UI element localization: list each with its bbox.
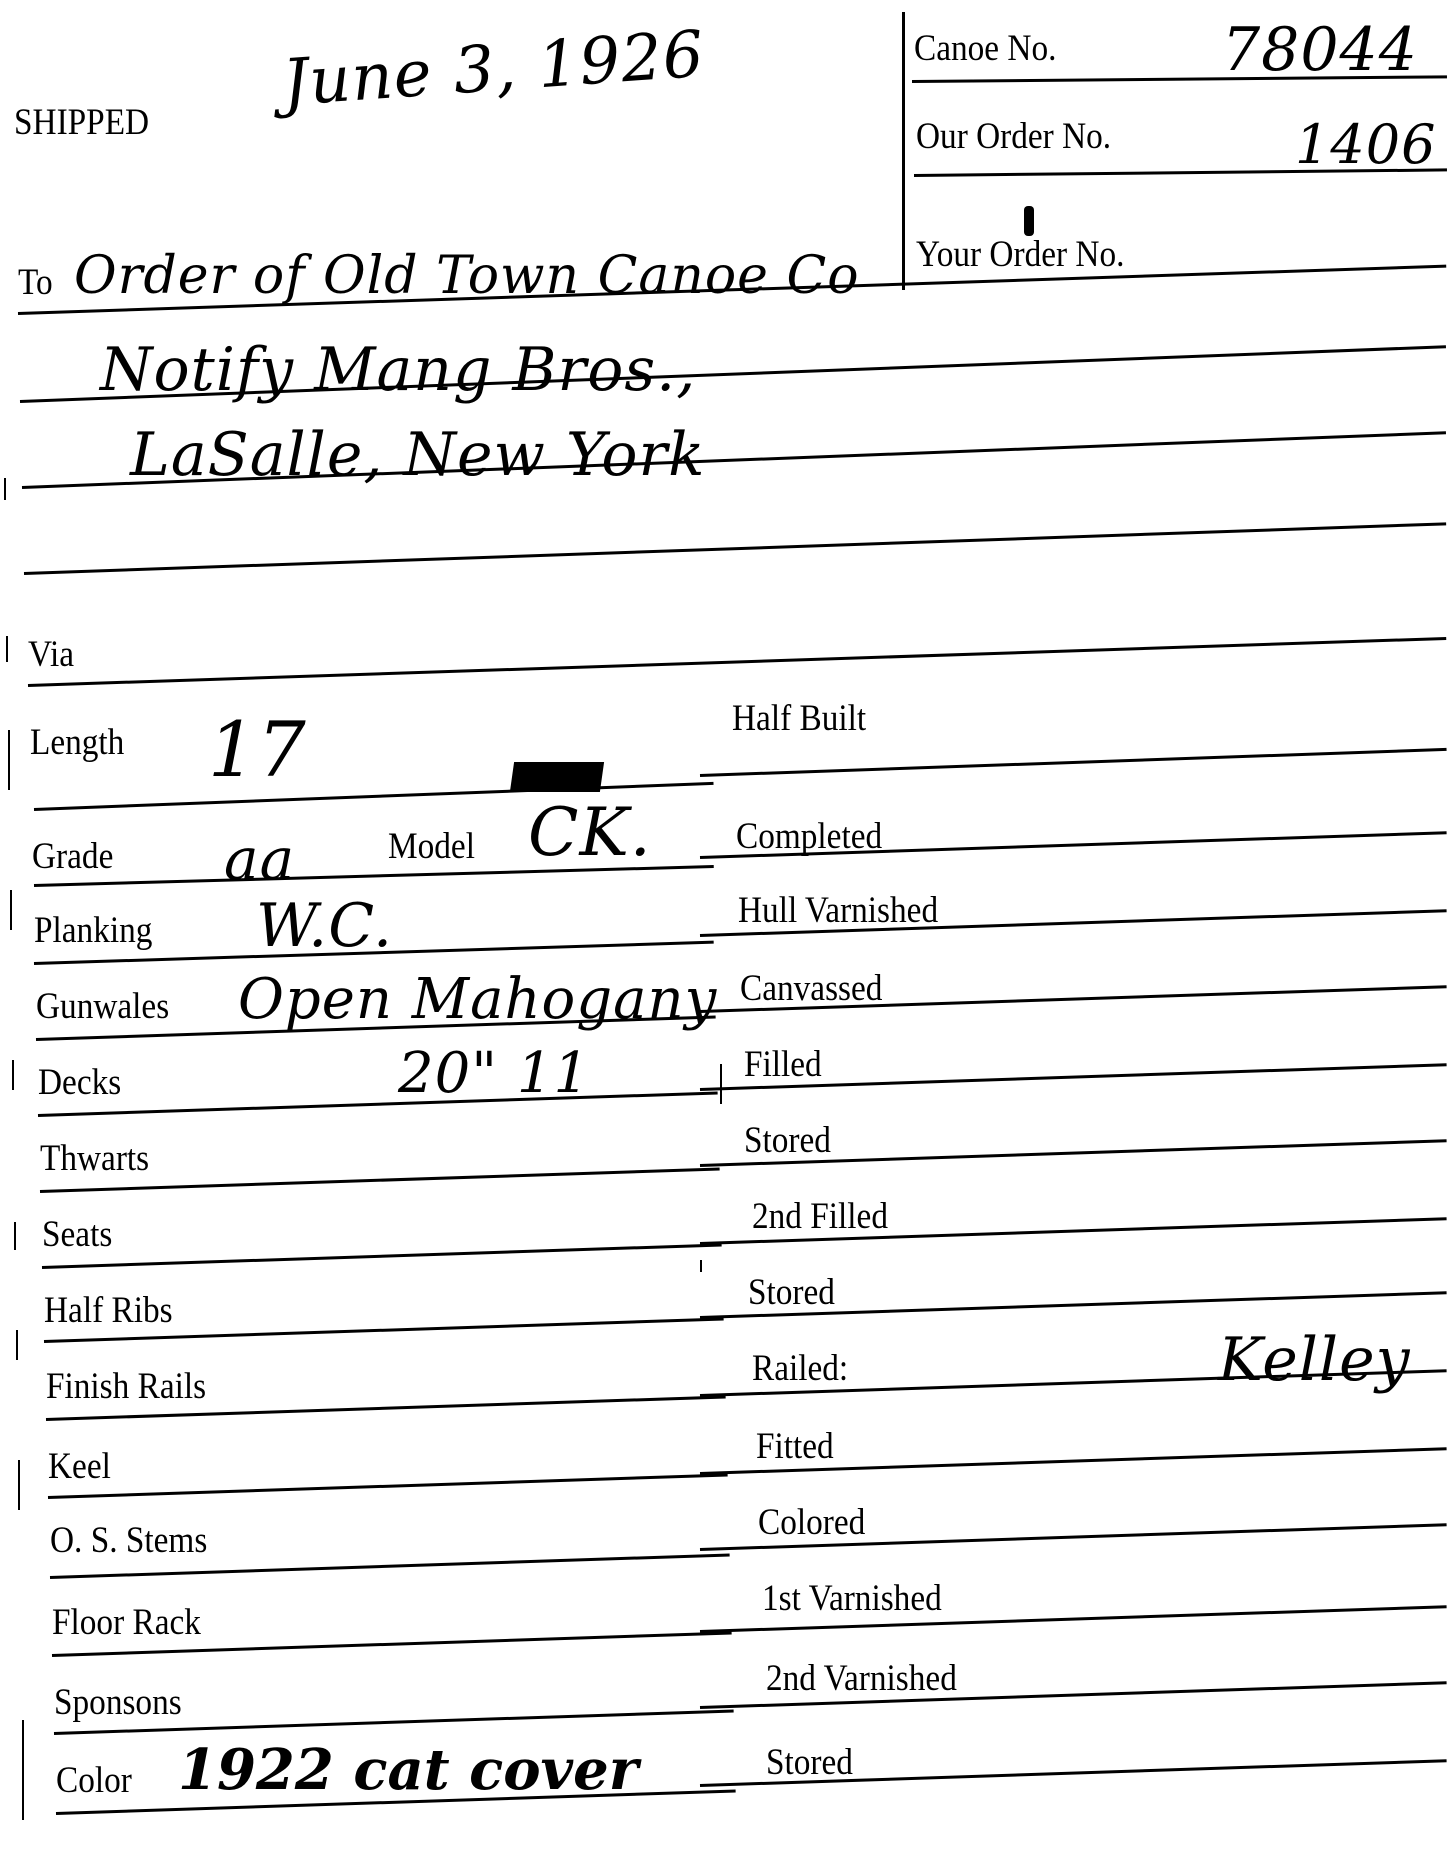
spec-keel-rule [48, 1473, 728, 1499]
our-order-label: Our Order No. [916, 118, 1111, 155]
spec-seats-rule [42, 1243, 722, 1269]
header-box-divider [902, 12, 905, 290]
spec-half-ribs-label: Half Ribs [44, 1292, 173, 1329]
progress-2nd-varnished-label: 2nd Varnished [766, 1660, 957, 1697]
scan-mark [720, 1064, 722, 1104]
progress-stored-3-label: Stored [766, 1744, 853, 1781]
progress-completed-label: Completed [736, 818, 882, 855]
spec-model-value: CK. [528, 800, 652, 866]
spec-grade-rule [34, 865, 714, 887]
progress-hull-varnished-label: Hull Varnished [738, 892, 938, 929]
to-label: To [18, 264, 53, 301]
canoe-no-label: Canoe No. [914, 30, 1056, 67]
progress-stored-1-label: Stored [744, 1122, 831, 1159]
recipient-line-3: LaSalle, New York [130, 425, 706, 485]
recipient-rule-4 [24, 522, 1446, 575]
spec-sponsons-label: Sponsons [54, 1684, 182, 1721]
progress-railed-value: Kelley [1218, 1330, 1411, 1390]
scan-mark [14, 1222, 16, 1250]
shipped-date: June 3, 1926 [281, 23, 707, 116]
progress-half-built-rule [700, 748, 1447, 777]
spec-grade-label: Grade [32, 838, 113, 875]
progress-stored-2-label: Stored [748, 1274, 835, 1311]
scan-mark [4, 478, 6, 500]
spec-planking-value: W.C. [256, 896, 393, 956]
progress-half-built-label: Half Built [732, 700, 866, 737]
shipped-label: SHIPPED [14, 104, 149, 141]
spec-seats-label: Seats [42, 1216, 112, 1253]
scan-mark [16, 1330, 18, 1360]
spec-color-label: Color [56, 1762, 132, 1799]
your-order-label: Your Order No. [916, 236, 1124, 273]
spec-model-label: Model [388, 828, 475, 865]
progress-1st-varnished-label: 1st Varnished [762, 1580, 942, 1617]
spec-finish-rails-label: Finish Rails [46, 1368, 206, 1405]
progress-2nd-filled-label: 2nd Filled [752, 1198, 888, 1235]
scan-mark [6, 636, 8, 662]
progress-railed-label: Railed: [752, 1350, 848, 1387]
spec-decks-value: 20" 11 [398, 1046, 590, 1102]
our-order-value: 1406 [1295, 118, 1436, 172]
scan-mark [22, 1720, 24, 1820]
canoe-no-value: 78044 [1222, 20, 1418, 80]
recipient-line-1: Order of Old Town Canoe Co [74, 250, 860, 302]
spec-color-value: 1922 cat cover [178, 1742, 638, 1798]
spec-keel-label: Keel [48, 1448, 111, 1485]
spec-decks-label: Decks [38, 1064, 121, 1101]
ink-blot [1024, 206, 1034, 236]
spec-planking-label: Planking [34, 912, 152, 949]
via-rule [28, 637, 1446, 687]
canoe-build-record-card: SHIPPED June 3, 1926 Canoe No. 78044 Our… [0, 0, 1447, 1850]
progress-fitted-label: Fitted [756, 1428, 834, 1465]
progress-filled-label: Filled [744, 1046, 822, 1083]
via-label: Via [28, 636, 74, 673]
spec-os-stems-label: O. S. Stems [50, 1522, 207, 1559]
spec-decks-rule [38, 1091, 718, 1117]
scan-mark [18, 1460, 20, 1510]
spec-thwarts-label: Thwarts [40, 1140, 149, 1177]
scan-mark [12, 1060, 14, 1090]
scan-mark [10, 890, 12, 930]
scan-mark [700, 1260, 702, 1272]
spec-floor-rack-label: Floor Rack [52, 1604, 201, 1641]
recipient-line-2: Notify Mang Bros., [100, 340, 696, 400]
progress-colored-label: Colored [758, 1504, 865, 1541]
spec-length-value: 17 [208, 712, 307, 788]
scan-mark [8, 730, 10, 790]
spec-length-label: Length [30, 724, 124, 761]
progress-canvassed-label: Canvassed [740, 970, 882, 1007]
spec-gunwales-label: Gunwales [36, 988, 169, 1025]
